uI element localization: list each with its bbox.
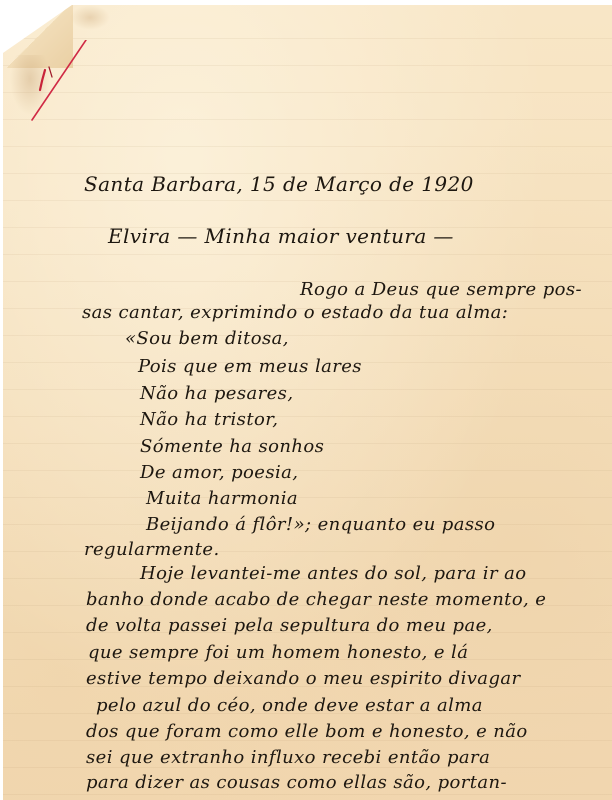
- letter-page: Santa Barbara, 15 de Março de 1920 Elvir…: [0, 0, 612, 800]
- poem-line: Muita harmonia: [146, 487, 298, 511]
- place-date: Santa Barbara, 15 de Março de 1920: [84, 172, 474, 196]
- red-ink-mark-icon: [28, 40, 88, 125]
- poem-line: De amor, poesia,: [140, 461, 298, 485]
- letter-line: de volta passei pela sepultura do meu pa…: [86, 614, 493, 638]
- letter-line: sas cantar, exprimindo o estado da tua a…: [82, 301, 508, 325]
- letter-line: regularmente.: [84, 538, 220, 562]
- poem-line: «Sou bem ditosa,: [125, 327, 289, 351]
- letter-line: dos que foram como elle bom e honesto, e…: [86, 720, 528, 744]
- letter-line: estive tempo deixando o meu espirito div…: [86, 667, 521, 691]
- poem-line: Sómente ha sonhos: [140, 435, 324, 459]
- poem-line: Não ha tristor,: [140, 408, 278, 432]
- salutation: Elvira — Minha maior ventura —: [108, 224, 454, 248]
- poem-line: Não ha pesares,: [140, 382, 293, 406]
- letter-line: Hoje levantei-me antes do sol, para ir a…: [140, 562, 526, 586]
- letter-line: banho donde acabo de chegar neste moment…: [86, 588, 546, 612]
- letter-line: sei que extranho influxo recebi então pa…: [86, 746, 490, 770]
- letter-line: que sempre foi um homem honesto, e lá: [88, 641, 468, 665]
- letter-line: para dizer as cousas como ellas são, por…: [86, 771, 507, 795]
- poem-line: Pois que em meus lares: [138, 355, 362, 379]
- paper-stain: [70, 5, 110, 30]
- poem-line: Beijando á flôr!»; enquanto eu passo: [146, 513, 495, 537]
- letter-line: Rogo a Deus que sempre pos-: [300, 278, 582, 302]
- letter-line: pelo azul do céo, onde deve estar a alma: [96, 694, 483, 718]
